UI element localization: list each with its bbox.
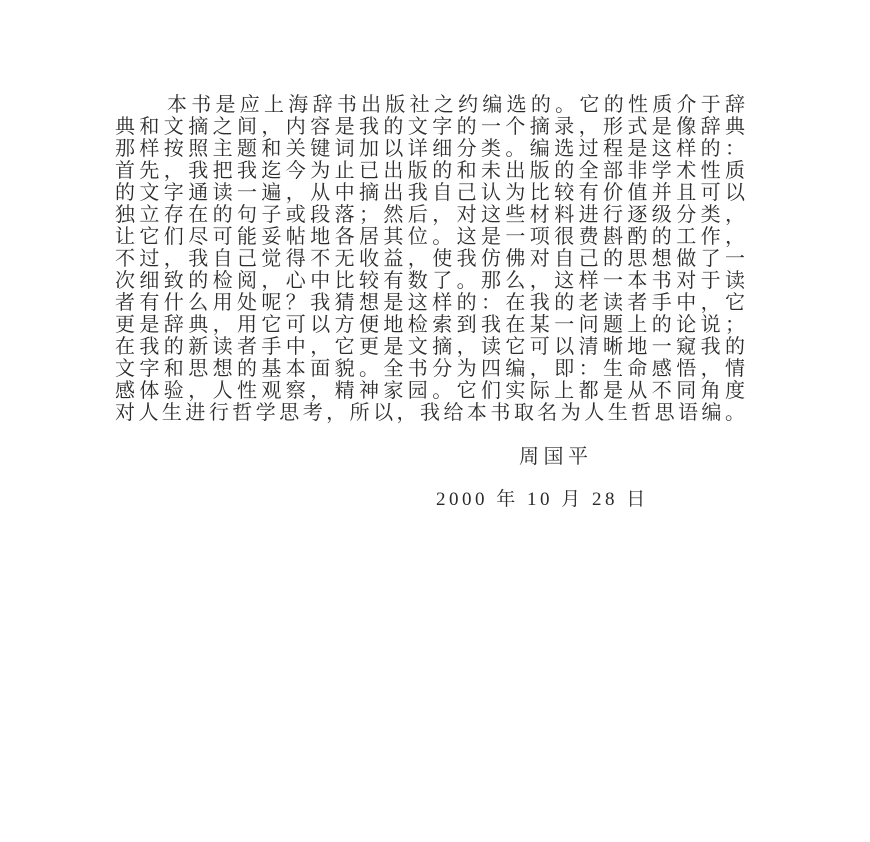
paragraph-line: 更是辞典，用它可以方便地检索到我在某一问题上的论说；: [115, 314, 748, 336]
paragraph-line: 本书是应上海辞书出版社之约编选的。它的性质介于辞: [115, 94, 748, 116]
paragraph-line: 者有什么用处呢？我猜想是这样的：在我的老读者手中，它: [115, 292, 748, 314]
paragraph-line: 典和文摘之间，内容是我的文字的一个摘录，形式是像辞典: [115, 116, 748, 138]
author-signature: 周国平: [519, 446, 593, 468]
paragraph-line: 次细致的检阅，心中比较有数了。那么，这样一本书对于读: [115, 270, 748, 292]
paragraph-line: 的文字通读一遍，从中摘出我自己认为比较有价值并且可以: [115, 182, 748, 204]
paragraph-line: 让它们尽可能妥帖地各居其位。这是一项很费斟酌的工作，: [115, 226, 748, 248]
paragraph-line: 对人生进行哲学思考，所以，我给本书取名为人生哲思语编。: [115, 402, 748, 424]
paragraph-line: 那样按照主题和关键词加以详细分类。编选过程是这样的：: [115, 138, 748, 160]
paragraph-line: 文字和思想的基本面貌。全书分为四编，即：生命感悟，情: [115, 358, 748, 380]
paragraph-line: 独立存在的句子或段落；然后，对这些材料进行逐级分类，: [115, 204, 748, 226]
paragraph-line: 首先，我把我迄今为止已出版的和未出版的全部非学术性质: [115, 160, 748, 182]
preface-paragraph: 本书是应上海辞书出版社之约编选的。它的性质介于辞 典和文摘之间，内容是我的文字的…: [115, 94, 748, 424]
paragraph-line: 感体验，人性观察，精神家园。它们实际上都是从不同角度: [115, 380, 748, 402]
date-line: 2000 年 10 月 28 日: [436, 489, 649, 511]
paragraph-line: 不过，我自己觉得不无收益，使我仿佛对自己的思想做了一: [115, 248, 748, 270]
paragraph-line: 在我的新读者手中，它更是文摘，读它可以清晰地一窥我的: [115, 336, 748, 358]
document-page: 本书是应上海辞书出版社之约编选的。它的性质介于辞 典和文摘之间，内容是我的文字的…: [0, 0, 870, 842]
